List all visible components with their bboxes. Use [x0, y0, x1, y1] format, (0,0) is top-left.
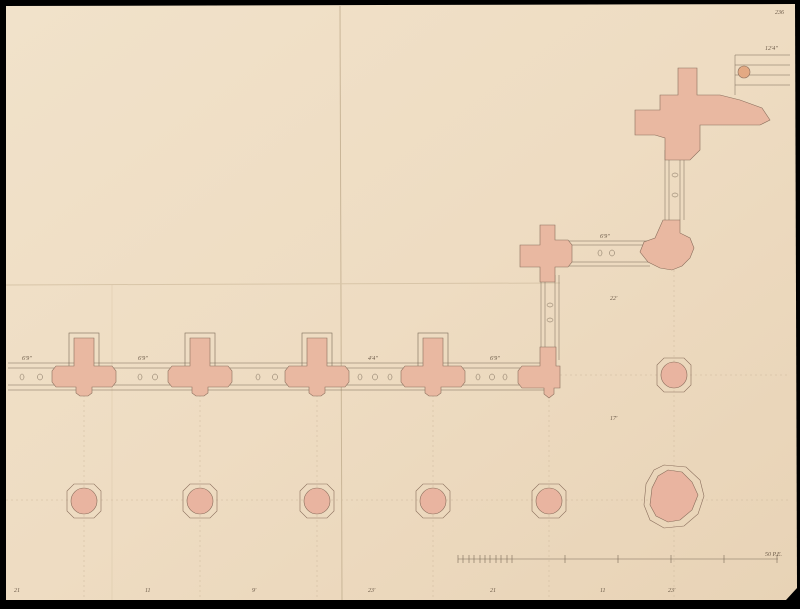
- architectural-plan: 50 P.E. 236 6'9" 6'9" 4'4" 6'9" 6'9" 12'…: [0, 0, 800, 609]
- dimension-note: 6'9": [490, 356, 500, 362]
- sheet-number: 236: [775, 10, 784, 16]
- row-label: 21: [14, 588, 20, 594]
- row-label: 23': [368, 588, 376, 594]
- dimension-note: 12'4": [765, 45, 778, 52]
- dimension-note: 6'9": [600, 234, 610, 240]
- dimension-note: 4'4": [368, 355, 378, 362]
- dimension-note: 17': [610, 416, 618, 422]
- dimension-note: 22': [610, 296, 618, 302]
- dimension-note: 6'9": [22, 356, 32, 362]
- row-label: 21: [490, 588, 496, 594]
- row-label: 11: [600, 588, 606, 594]
- dimension-note: 6'9": [138, 356, 148, 362]
- row-label: 11: [145, 588, 151, 594]
- row-label: 23': [668, 588, 676, 594]
- scale-unit-label: 50 P.E.: [765, 552, 782, 558]
- row-label: 9': [252, 588, 257, 594]
